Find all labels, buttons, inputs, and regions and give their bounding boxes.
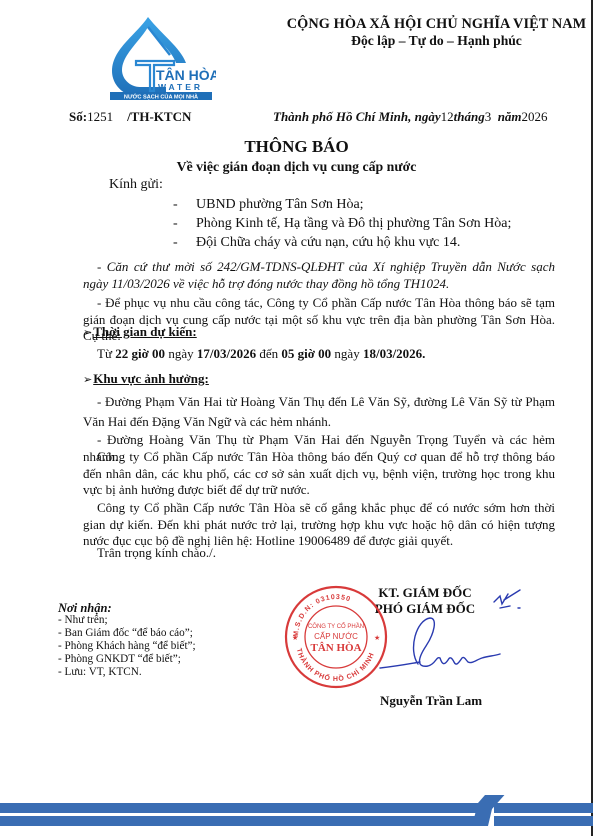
logo-name: TÂN HÒA xyxy=(156,66,216,83)
notice-paragraph: Công ty Cổ phần Cấp nước Tân Hòa thông b… xyxy=(83,449,555,499)
basis-paragraph: - Căn cứ thư mời số 242/GM-TDNS-QLĐHT củ… xyxy=(83,259,555,292)
time-section-heading: ➢Thời gian dự kiến: xyxy=(83,324,197,340)
recipient-item: -UBND phường Tân Sơn Hòa; xyxy=(173,197,364,213)
recipient-item: -Đội Chữa cháy và cứu nạn, cứu hộ khu vự… xyxy=(173,235,460,251)
area-section-heading: ➢Khu vực ảnh hưởng: xyxy=(83,371,209,387)
svg-text:CÔNG TY CỔ PHẦN: CÔNG TY CỔ PHẦN xyxy=(308,623,364,630)
svg-text:TÂN HÒA: TÂN HÒA xyxy=(310,642,361,654)
svg-text:CẤP NƯỚC: CẤP NƯỚC xyxy=(314,631,358,641)
recipients-list-item: - Lưu: VT, KTCN. xyxy=(58,666,142,678)
arrow-bullet-icon: ➢ xyxy=(83,327,92,339)
svg-text:★: ★ xyxy=(292,634,298,642)
document-subtitle: Về việc gián đoạn dịch vụ cung cấp nước xyxy=(0,159,593,175)
closing-line: Trân trọng kính chào./. xyxy=(83,545,555,562)
arrow-bullet-icon: ➢ xyxy=(83,374,92,386)
place-and-date: Thành phố Hồ Chí Minh, ngày12tháng3 năm2… xyxy=(273,109,548,125)
recipients-list-item: - Như trên; xyxy=(58,614,108,626)
recipients-list-item: - Ban Giám đốc “để báo cáo”; xyxy=(58,627,193,639)
initials-mark xyxy=(490,586,530,616)
outage-time-range: Từ 22 giờ 00 ngày 17/03/2026 đến 05 giờ … xyxy=(97,346,425,362)
national-title: CỘNG HÒA XÃ HỘI CHỦ NGHĨA VIỆT NAM xyxy=(280,16,593,33)
recipient-item: -Phòng Kinh tế, Hạ tầng và Đô thị phường… xyxy=(173,216,511,232)
document-number: Số:1251/TH-KTCN xyxy=(69,109,191,125)
document-title: THÔNG BÁO xyxy=(0,137,593,157)
national-motto: Độc lập – Tự do – Hạnh phúc xyxy=(280,33,593,49)
recipients-list-item: - Phòng GNKDT “để biết”; xyxy=(58,653,181,665)
recipients-label: Kính gửi: xyxy=(109,177,163,193)
commitment-paragraph: Công ty Cổ phần Cấp nước Tân Hòa sẽ cố g… xyxy=(83,500,555,550)
company-logo: TÂN HÒA WATER NƯỚC SẠCH CỦA MỌI NHÀ xyxy=(106,13,216,101)
handwritten-signature xyxy=(378,610,513,680)
area-item: - Đường Phạm Văn Hai từ Hoàng Văn Thụ đế… xyxy=(83,392,555,432)
recipients-list-item: - Phòng Khách hàng “để biết”; xyxy=(58,640,196,652)
logo-slogan: NƯỚC SẠCH CỦA MỌI NHÀ xyxy=(124,93,198,101)
company-stamp: M.S.D.N: 0310350 THÀNH PHỐ HỒ CHÍ MINH ★… xyxy=(282,583,390,691)
footer-decoration xyxy=(0,795,593,836)
logo-subname: WATER xyxy=(158,82,203,92)
signer-name: Nguyễn Trần Lam xyxy=(380,693,482,709)
